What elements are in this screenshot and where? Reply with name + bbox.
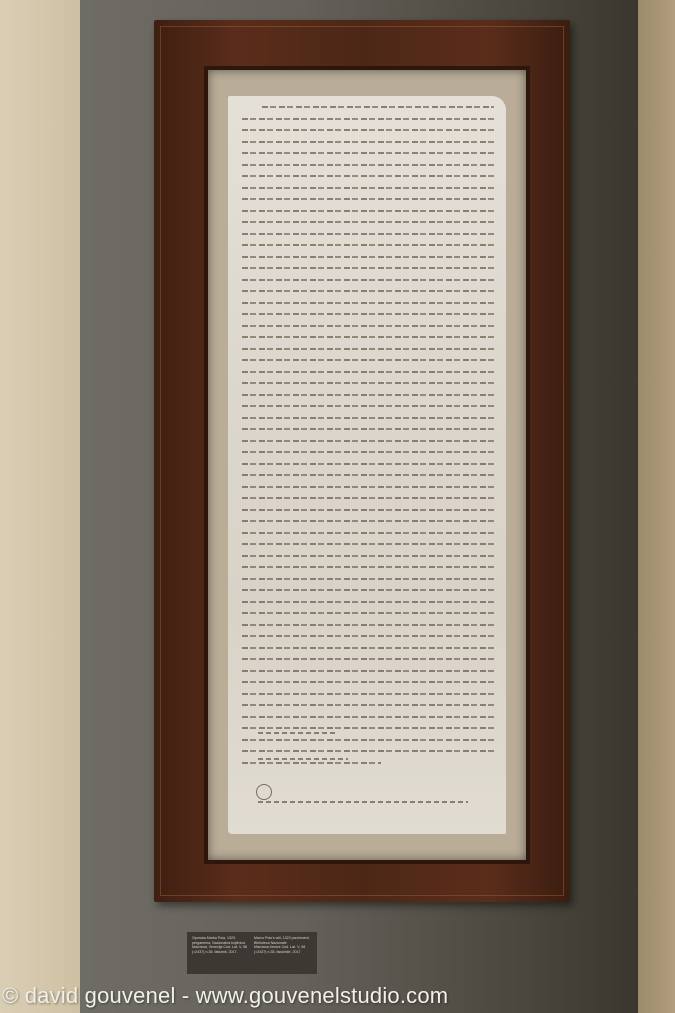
wall-left — [0, 0, 82, 1013]
signature-line — [258, 758, 348, 760]
handwritten-text — [242, 106, 494, 773]
copyright-watermark: © david gouvenel - www.gouvenelstudio.co… — [2, 983, 448, 1009]
signature-line — [258, 732, 338, 734]
notary-mark-icon — [256, 784, 272, 800]
label-english: Marco Polo's will, 1323 parchment, Bibli… — [254, 936, 310, 970]
parchment-manuscript — [228, 96, 506, 834]
closing-line — [258, 801, 468, 803]
label-croatian: Oporuka Marka Pola, 1323. pergamena, Nac… — [192, 936, 248, 970]
frame-mat — [204, 66, 530, 864]
museum-label-plaque: Oporuka Marka Pola, 1323. pergamena, Nac… — [187, 932, 317, 974]
wooden-frame — [154, 20, 570, 902]
wall-right — [638, 0, 675, 1013]
